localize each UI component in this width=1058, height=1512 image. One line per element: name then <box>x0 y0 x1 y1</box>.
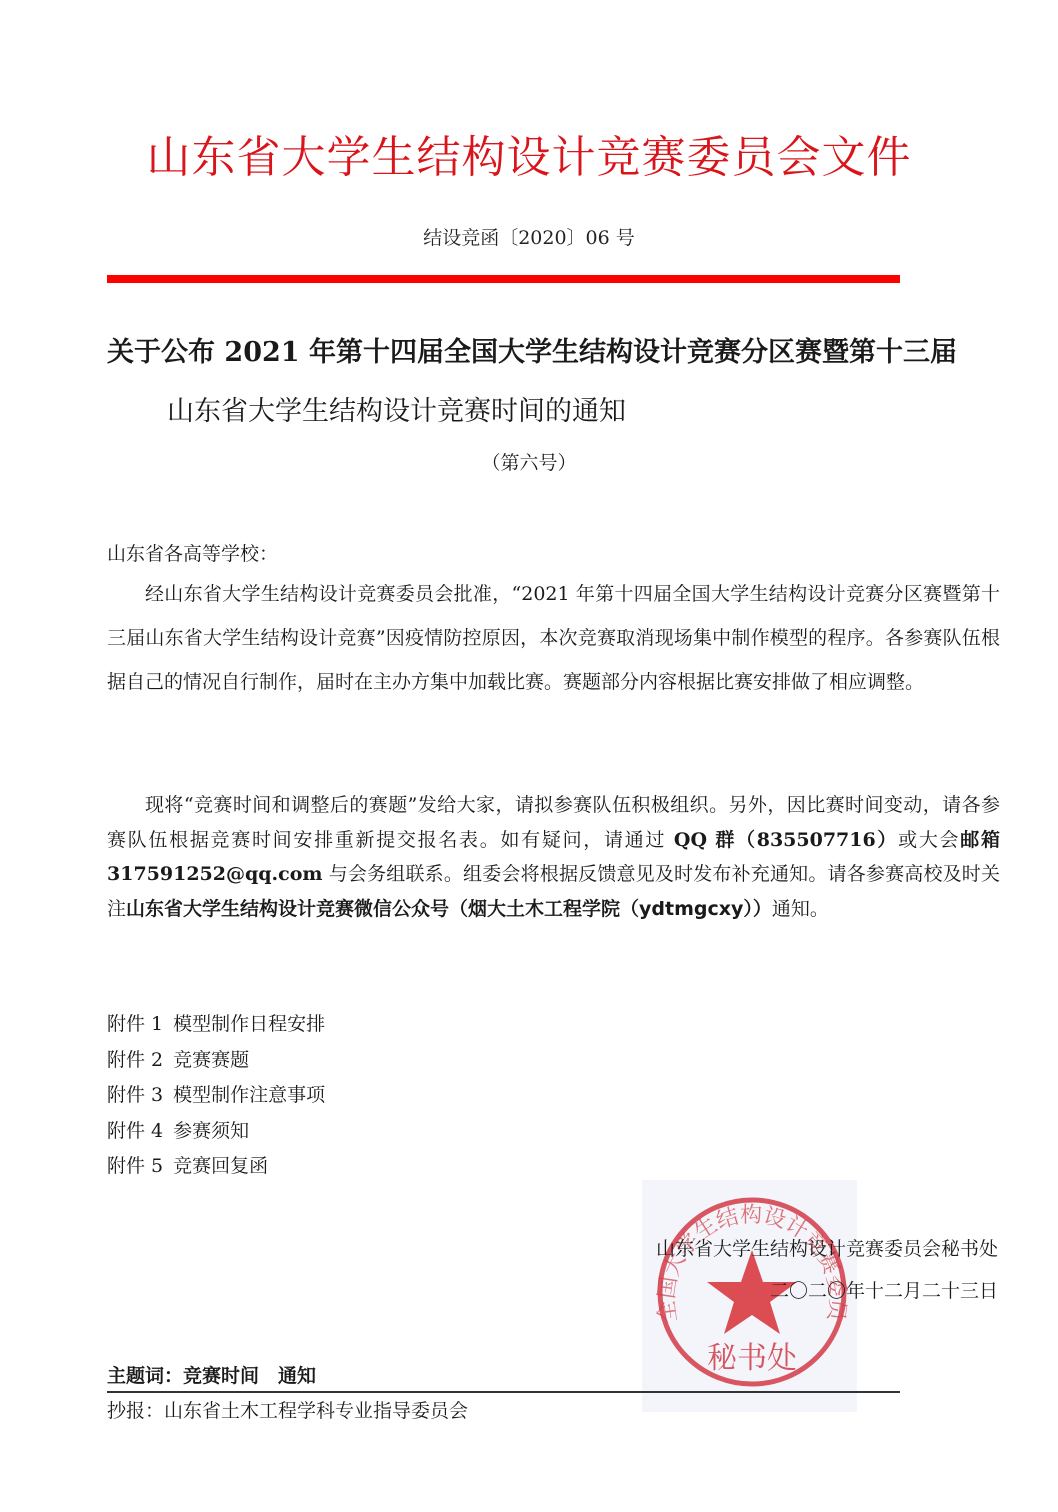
notice-serial: （第六号） <box>0 450 1058 476</box>
wechat-account: 山东省大学生结构设计竞赛微信公众号（烟大土木工程学院（ydtmgcxy）） <box>126 898 772 920</box>
attachment-item: 附件 3模型制作注意事项 <box>107 1078 325 1114</box>
attachment-number: 附件 5 <box>107 1155 163 1177</box>
sign-date: 二〇二〇年十二月二十三日 <box>770 1277 998 1305</box>
body-paragraph-2: 现将“竞赛时间和调整后的赛题”发给大家，请拟参赛队伍积极组织。另外，因比赛时间变… <box>107 788 1000 926</box>
attachment-item: 附件 4参赛须知 <box>107 1114 325 1150</box>
document-header-title: 山东省大学生结构设计竞赛委员会文件 <box>0 130 1058 186</box>
notice-title-line2: 山东省大学生结构设计竞赛时间的通知 <box>167 393 626 431</box>
attachment-item: 附件 2竞赛赛题 <box>107 1043 325 1079</box>
footer-rule <box>107 1391 900 1393</box>
title-suffix: 年第十四届全国大学生结构设计竞赛分区赛暨第十三届 <box>300 337 957 368</box>
addressee: 山东省各高等学校： <box>107 540 278 568</box>
paragraph2-text: 或大会 <box>898 829 960 851</box>
attachment-label: 模型制作日程安排 <box>173 1013 325 1035</box>
attachment-item: 附件 1模型制作日程安排 <box>107 1007 325 1043</box>
attachment-number: 附件 3 <box>107 1084 163 1106</box>
paragraph2-text: 通知。 <box>772 898 829 920</box>
attachment-label: 竞赛回复函 <box>173 1155 268 1177</box>
attachment-label: 模型制作注意事项 <box>173 1084 325 1106</box>
body-paragraph-1: 经山东省大学生结构设计竞赛委员会批准，“2021 年第十四届全国大学生结构设计竞… <box>107 572 1000 704</box>
attachment-number: 附件 1 <box>107 1013 163 1035</box>
attachment-list: 附件 1模型制作日程安排 附件 2竞赛赛题 附件 3模型制作注意事项 附件 4参… <box>107 1007 325 1185</box>
title-prefix: 关于公布 <box>107 337 224 368</box>
attachment-label: 竞赛赛题 <box>173 1049 249 1071</box>
document-number: 结设竞函〔2020〕06 号 <box>0 224 1058 252</box>
notice-title-line1: 关于公布 2021 年第十四届全国大学生结构设计竞赛分区赛暨第十三届 <box>107 334 957 372</box>
title-year: 2021 <box>224 337 299 368</box>
attachment-number: 附件 2 <box>107 1049 163 1071</box>
red-header-rule <box>107 275 900 283</box>
signer: 山东省大学生结构设计竞赛委员会秘书处 <box>656 1235 998 1263</box>
subject-keywords: 主题词：竞赛时间 通知 <box>107 1362 316 1390</box>
attachment-number: 附件 4 <box>107 1120 163 1142</box>
cc-recipients: 抄报：山东省土木工程学科专业指导委员会 <box>107 1397 468 1425</box>
qq-group: QQ 群（835507716） <box>674 829 898 851</box>
attachment-label: 参赛须知 <box>173 1120 249 1142</box>
svg-text:秘书处: 秘书处 <box>707 1341 797 1376</box>
attachment-item: 附件 5竞赛回复函 <box>107 1149 325 1185</box>
